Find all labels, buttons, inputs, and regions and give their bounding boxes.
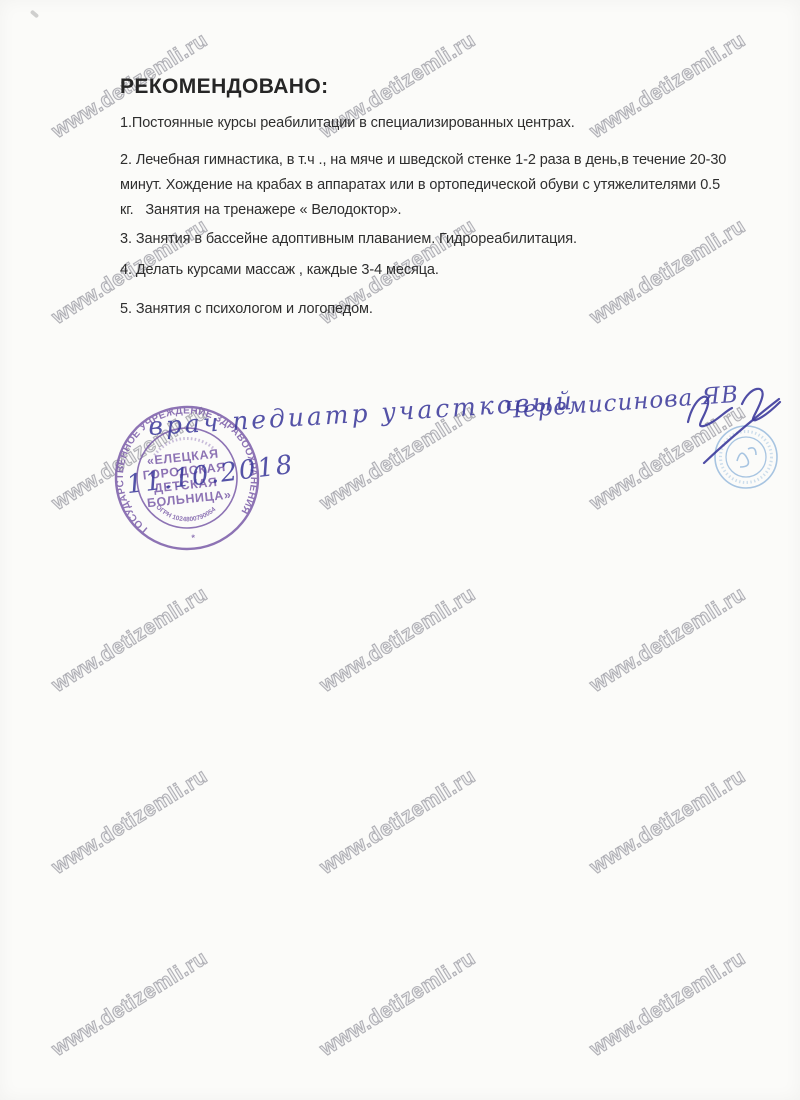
watermark-text: www.detizemli.ru — [316, 946, 480, 1061]
watermark-text: www.detizemli.ru — [48, 764, 212, 879]
scan-artifact — [30, 10, 39, 19]
recommendation-line-1: 1.Постоянные курсы реабилитации в специа… — [120, 115, 575, 131]
signature-stroke — [630, 372, 800, 482]
signature-loop-1 — [688, 397, 732, 427]
watermark-text: www.detizemli.ru — [316, 582, 480, 697]
signature-loop-2 — [742, 389, 780, 420]
watermark-text: www.detizemli.ru — [586, 28, 750, 143]
recommendation-line-3: 3. Занятия в бассейне адоптивным плавани… — [120, 231, 577, 247]
watermark-text: www.detizemli.ru — [586, 764, 750, 879]
recommendation-line-2b: минут. Хождение на крабах в аппаратах ил… — [120, 177, 720, 193]
recommendation-line-4: 4. Делать курсами массаж , каждые 3-4 ме… — [120, 262, 439, 278]
document-page: www.detizemli.ru www.detizemli.ru www.de… — [0, 0, 800, 1100]
watermark-text: www.detizemli.ru — [586, 214, 750, 329]
recommendation-line-5: 5. Занятия с психологом и логопедом. — [120, 301, 373, 317]
recommendation-line-2a: 2. Лечебная гимнастика, в т.ч ., на мяче… — [120, 152, 726, 168]
watermark-text: www.detizemli.ru — [586, 946, 750, 1061]
signature-underline — [704, 399, 779, 463]
watermark-text: www.detizemli.ru — [48, 582, 212, 697]
stamp-star: * — [191, 532, 196, 542]
watermark-text: www.detizemli.ru — [48, 946, 212, 1061]
recommendation-line-2c: кг. Занятия на тренажере « Велодоктор». — [120, 202, 402, 218]
watermark-text: www.detizemli.ru — [316, 764, 480, 879]
page-title: РЕКОМЕНДОВАНО: — [120, 75, 329, 99]
watermark-text: www.detizemli.ru — [586, 582, 750, 697]
